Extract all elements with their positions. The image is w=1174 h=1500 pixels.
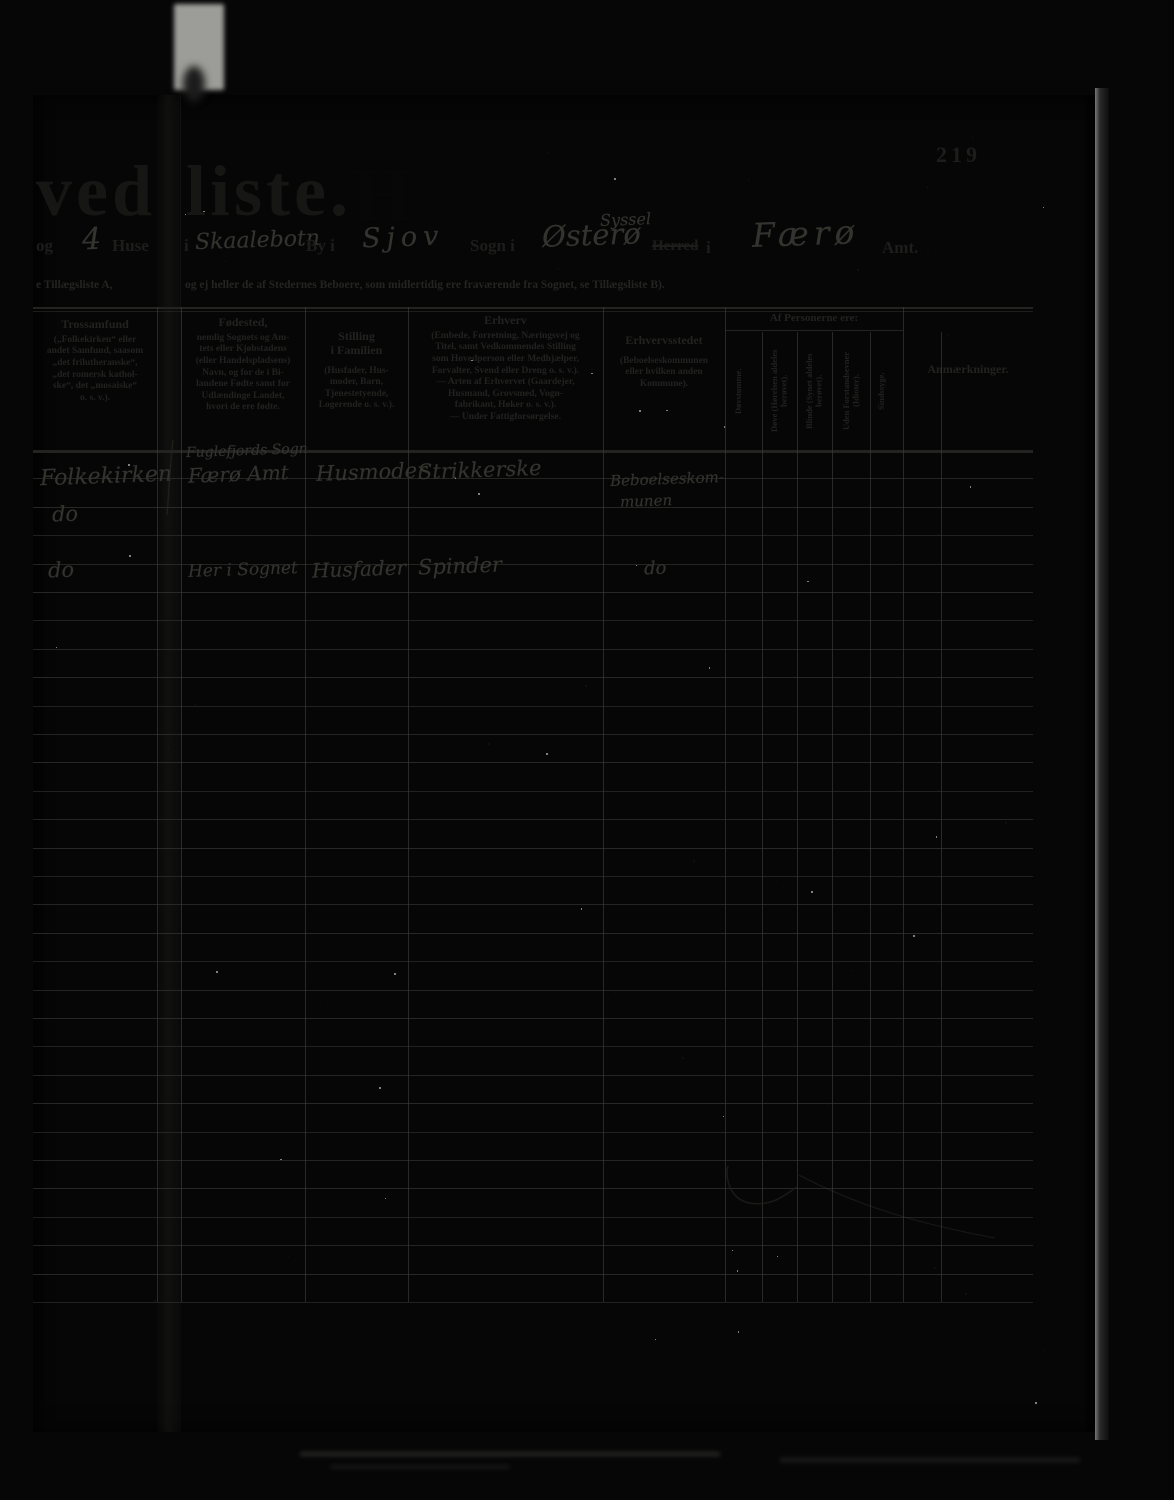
speck — [777, 1256, 778, 1257]
subcolumn-vertical-label: Døvstumme. — [734, 336, 752, 446]
group-header-af-personerne: Af Personerne ere: — [725, 312, 903, 325]
table-row-line — [33, 990, 1033, 991]
speck — [724, 426, 725, 428]
speck — [693, 860, 695, 862]
column-header-foedested: Fødested, nemlig Sognets og Am- tets ell… — [183, 316, 303, 414]
column-title: Trossamfund — [35, 318, 155, 332]
speck — [379, 1087, 381, 1089]
column-title: Anmærkninger. — [905, 363, 1031, 377]
column-subtitle: nemlig Sognets og Am- tets eller Kjøbsta… — [183, 333, 303, 414]
column-subtitle: (Husfader, Hus- moder, Barn, Tjenestetye… — [307, 366, 406, 412]
column-header-trossamfund: Trossamfund („Folkekirken“ eller andet S… — [35, 318, 155, 404]
table-row-line — [33, 1217, 1033, 1218]
herred-label-struck: Herred — [652, 238, 698, 255]
speck — [827, 1103, 828, 1105]
table-row-line — [33, 620, 1033, 621]
speck — [128, 464, 130, 466]
column-header-erhvervsstedet: Erhvervsstedet (Beboelseskommunen eller … — [605, 334, 723, 391]
group-title: Af Personerne ere: — [725, 312, 903, 325]
table-column-line — [603, 307, 604, 1302]
group-header-rule — [725, 330, 903, 331]
speck — [1042, 1350, 1044, 1351]
speck — [581, 908, 582, 910]
speck — [927, 254, 929, 255]
speck — [1005, 822, 1007, 824]
table-row-line — [33, 1274, 1033, 1275]
speck — [783, 886, 784, 887]
speck — [455, 478, 456, 479]
speck — [185, 214, 186, 215]
speck — [639, 410, 641, 412]
speck — [216, 971, 218, 973]
book-edge-shadow — [1083, 95, 1095, 1432]
speck — [288, 1256, 289, 1257]
speck — [385, 1052, 386, 1053]
speck — [737, 1270, 738, 1272]
table-row-line — [33, 734, 1033, 735]
column-subtitle: (Embede, Forretning, Næringsvej og Titel… — [410, 331, 601, 424]
table-row-line — [33, 1160, 1033, 1161]
syssel-handwritten: Syssel — [600, 209, 652, 230]
page-title-right-part: liste. — [186, 150, 352, 233]
speck — [641, 1086, 642, 1087]
table-column-line — [762, 332, 763, 1302]
speck — [927, 186, 928, 188]
speck — [682, 1057, 684, 1059]
table-column-line — [903, 307, 904, 1302]
speck — [1005, 1133, 1006, 1134]
table-row-line — [33, 1046, 1033, 1047]
speck — [56, 647, 57, 648]
entry1-erhverv: Strikkerske — [418, 456, 542, 484]
column-header-anmaerkninger: Anmærkninger. — [905, 363, 1031, 377]
speck — [821, 1339, 822, 1340]
paper-tab-smudge — [183, 66, 205, 102]
entry1-foedested-line2: Færø Amt — [188, 460, 290, 488]
by-label: By i — [306, 236, 335, 256]
speck — [709, 667, 710, 669]
table-row-line — [33, 848, 1033, 849]
table-row-line — [33, 1018, 1033, 1019]
speck — [385, 1198, 386, 1199]
table-row-line — [33, 706, 1033, 707]
speck — [666, 410, 668, 411]
amt-label: Amt. — [882, 238, 918, 258]
table-row-line — [33, 904, 1033, 905]
column-subtitle: („Folkekirken“ eller andet Samfund, saas… — [35, 335, 155, 404]
book-page-stack-edge — [1095, 88, 1109, 1440]
subcolumn-vertical-label: Døve (Hørelsen aldeles berøvet). — [770, 336, 788, 446]
table-row-line — [33, 1075, 1033, 1076]
speck — [811, 891, 813, 893]
speck — [857, 269, 859, 271]
table-column-line — [181, 307, 182, 1302]
table-column-line — [408, 307, 409, 1302]
subcolumn-vertical-label: Uden Forstandsevner (Idioter). — [842, 336, 860, 446]
table-header-bottom-rule — [33, 450, 1033, 453]
bottom-smudge — [780, 1458, 1080, 1462]
speck — [913, 935, 915, 937]
speck — [1035, 1402, 1037, 1404]
entry1-trossamfund: Folkekirken — [40, 462, 173, 492]
speck — [591, 373, 593, 374]
speck — [934, 1267, 936, 1269]
entry3-trossamfund-ditto: do — [48, 558, 75, 583]
table-row-line — [33, 1302, 1033, 1303]
table-row-line — [33, 1103, 1033, 1104]
i-label-2: i — [706, 238, 711, 258]
table-row-line — [33, 961, 1033, 962]
speck — [636, 565, 637, 566]
entry3-erhverv: Spinder — [418, 553, 503, 580]
speck — [732, 1250, 733, 1251]
column-title: Stilling i Familien — [307, 330, 406, 358]
page-fold-line — [180, 95, 181, 310]
table-row-line — [33, 1132, 1033, 1133]
speck — [274, 865, 275, 866]
page-number: 219 — [936, 142, 981, 168]
speck — [325, 123, 326, 124]
column-title: Erhverv — [410, 314, 601, 328]
table-row-line — [33, 876, 1033, 877]
speck — [685, 1171, 686, 1172]
speck — [947, 334, 948, 336]
i-label-1: i — [184, 236, 189, 256]
speck — [615, 993, 616, 994]
table-column-line — [832, 332, 833, 1302]
speck — [154, 1300, 156, 1302]
bottom-smudge — [330, 1465, 510, 1469]
table-row-line — [33, 649, 1033, 650]
speck — [51, 281, 52, 282]
entry3-erhvervssted-ditto: do — [644, 558, 667, 580]
page-title-left-part: ved — [36, 150, 156, 233]
speck — [936, 836, 937, 838]
by-name-handwritten: Skaalebotn — [195, 226, 321, 255]
speck — [807, 581, 809, 582]
table-column-line — [725, 307, 726, 1302]
bottom-smudge — [300, 1452, 720, 1456]
speck — [249, 948, 250, 949]
speck — [168, 746, 169, 748]
speck — [194, 704, 196, 705]
table-column-line — [870, 332, 871, 1302]
speck — [280, 1159, 282, 1160]
scanned-census-page: ved liste. H 219 og 4 Huse i Skaalebotn … — [0, 0, 1174, 1500]
note-left-fragment: e Tillægsliste A, — [36, 279, 113, 291]
speck — [546, 753, 548, 755]
speck — [614, 178, 616, 180]
speck — [203, 211, 205, 212]
table-row-line — [33, 933, 1033, 934]
speck — [394, 973, 396, 975]
sogn-label: Sogn i — [470, 236, 515, 256]
column-title: Erhvervsstedet — [605, 334, 723, 348]
speck — [748, 180, 750, 181]
sogn-name-handwritten: Sjov — [361, 221, 444, 255]
entry1-erhvervssted-line2: munen — [620, 491, 673, 511]
entry2-trossamfund-ditto: do — [52, 502, 79, 527]
speck — [225, 261, 227, 262]
table-row-line — [33, 592, 1033, 593]
table-row-line — [33, 1188, 1033, 1189]
speck — [850, 970, 852, 971]
amt-name-handwritten: Færø — [751, 212, 860, 255]
header-prefix: og — [36, 236, 53, 256]
table-row-line — [33, 762, 1033, 763]
speck — [1043, 207, 1044, 208]
speck — [965, 1293, 967, 1295]
table-row-line — [33, 564, 1033, 565]
speck — [478, 493, 480, 495]
column-header-erhverv: Erhverv (Embede, Forretning, Næringsvej … — [410, 314, 601, 423]
speck — [972, 137, 974, 138]
speck — [471, 360, 473, 361]
speck — [970, 486, 971, 488]
speck — [738, 1331, 739, 1333]
huse-label: Huse — [112, 236, 149, 256]
speck — [655, 1339, 656, 1340]
page-fold-shadow — [157, 95, 181, 1432]
speck — [723, 1116, 724, 1117]
table-column-line — [797, 332, 798, 1302]
houses-count-handwritten: 4 — [81, 222, 101, 258]
table-top-rule — [33, 307, 1033, 309]
speck — [585, 685, 587, 687]
speck — [558, 268, 559, 270]
column-title: Fødested, — [183, 316, 303, 330]
subcolumn-vertical-label: Sindssyge. — [877, 336, 895, 446]
table-row-line — [33, 535, 1033, 536]
entry3-foedested: Her i Sognet — [188, 558, 299, 582]
entry1-stilling: Husmoder — [316, 458, 428, 486]
table-row-line — [33, 677, 1033, 678]
entry3-stilling: Husfader — [312, 555, 407, 582]
speck — [129, 555, 131, 557]
column-subtitle: (Beboelseskommunen eller hvilken anden K… — [605, 356, 723, 391]
table-row-line — [33, 819, 1033, 820]
table-row-line — [33, 1245, 1033, 1246]
paper-sheet — [33, 95, 1095, 1432]
subcolumn-vertical-label: Blinde (Synet aldeles berøvet). — [805, 336, 823, 446]
table-row-line — [33, 791, 1033, 792]
table-column-line — [941, 332, 942, 1302]
speck — [320, 1002, 321, 1003]
note-text: og ej heller de af Stedernes Beboere, so… — [185, 279, 665, 291]
speck — [488, 743, 490, 745]
table-column-line — [157, 307, 158, 1302]
column-header-stilling: Stilling i Familien (Husfader, Hus- mode… — [307, 330, 406, 412]
table-row-line — [33, 507, 1033, 508]
speck — [548, 152, 549, 154]
